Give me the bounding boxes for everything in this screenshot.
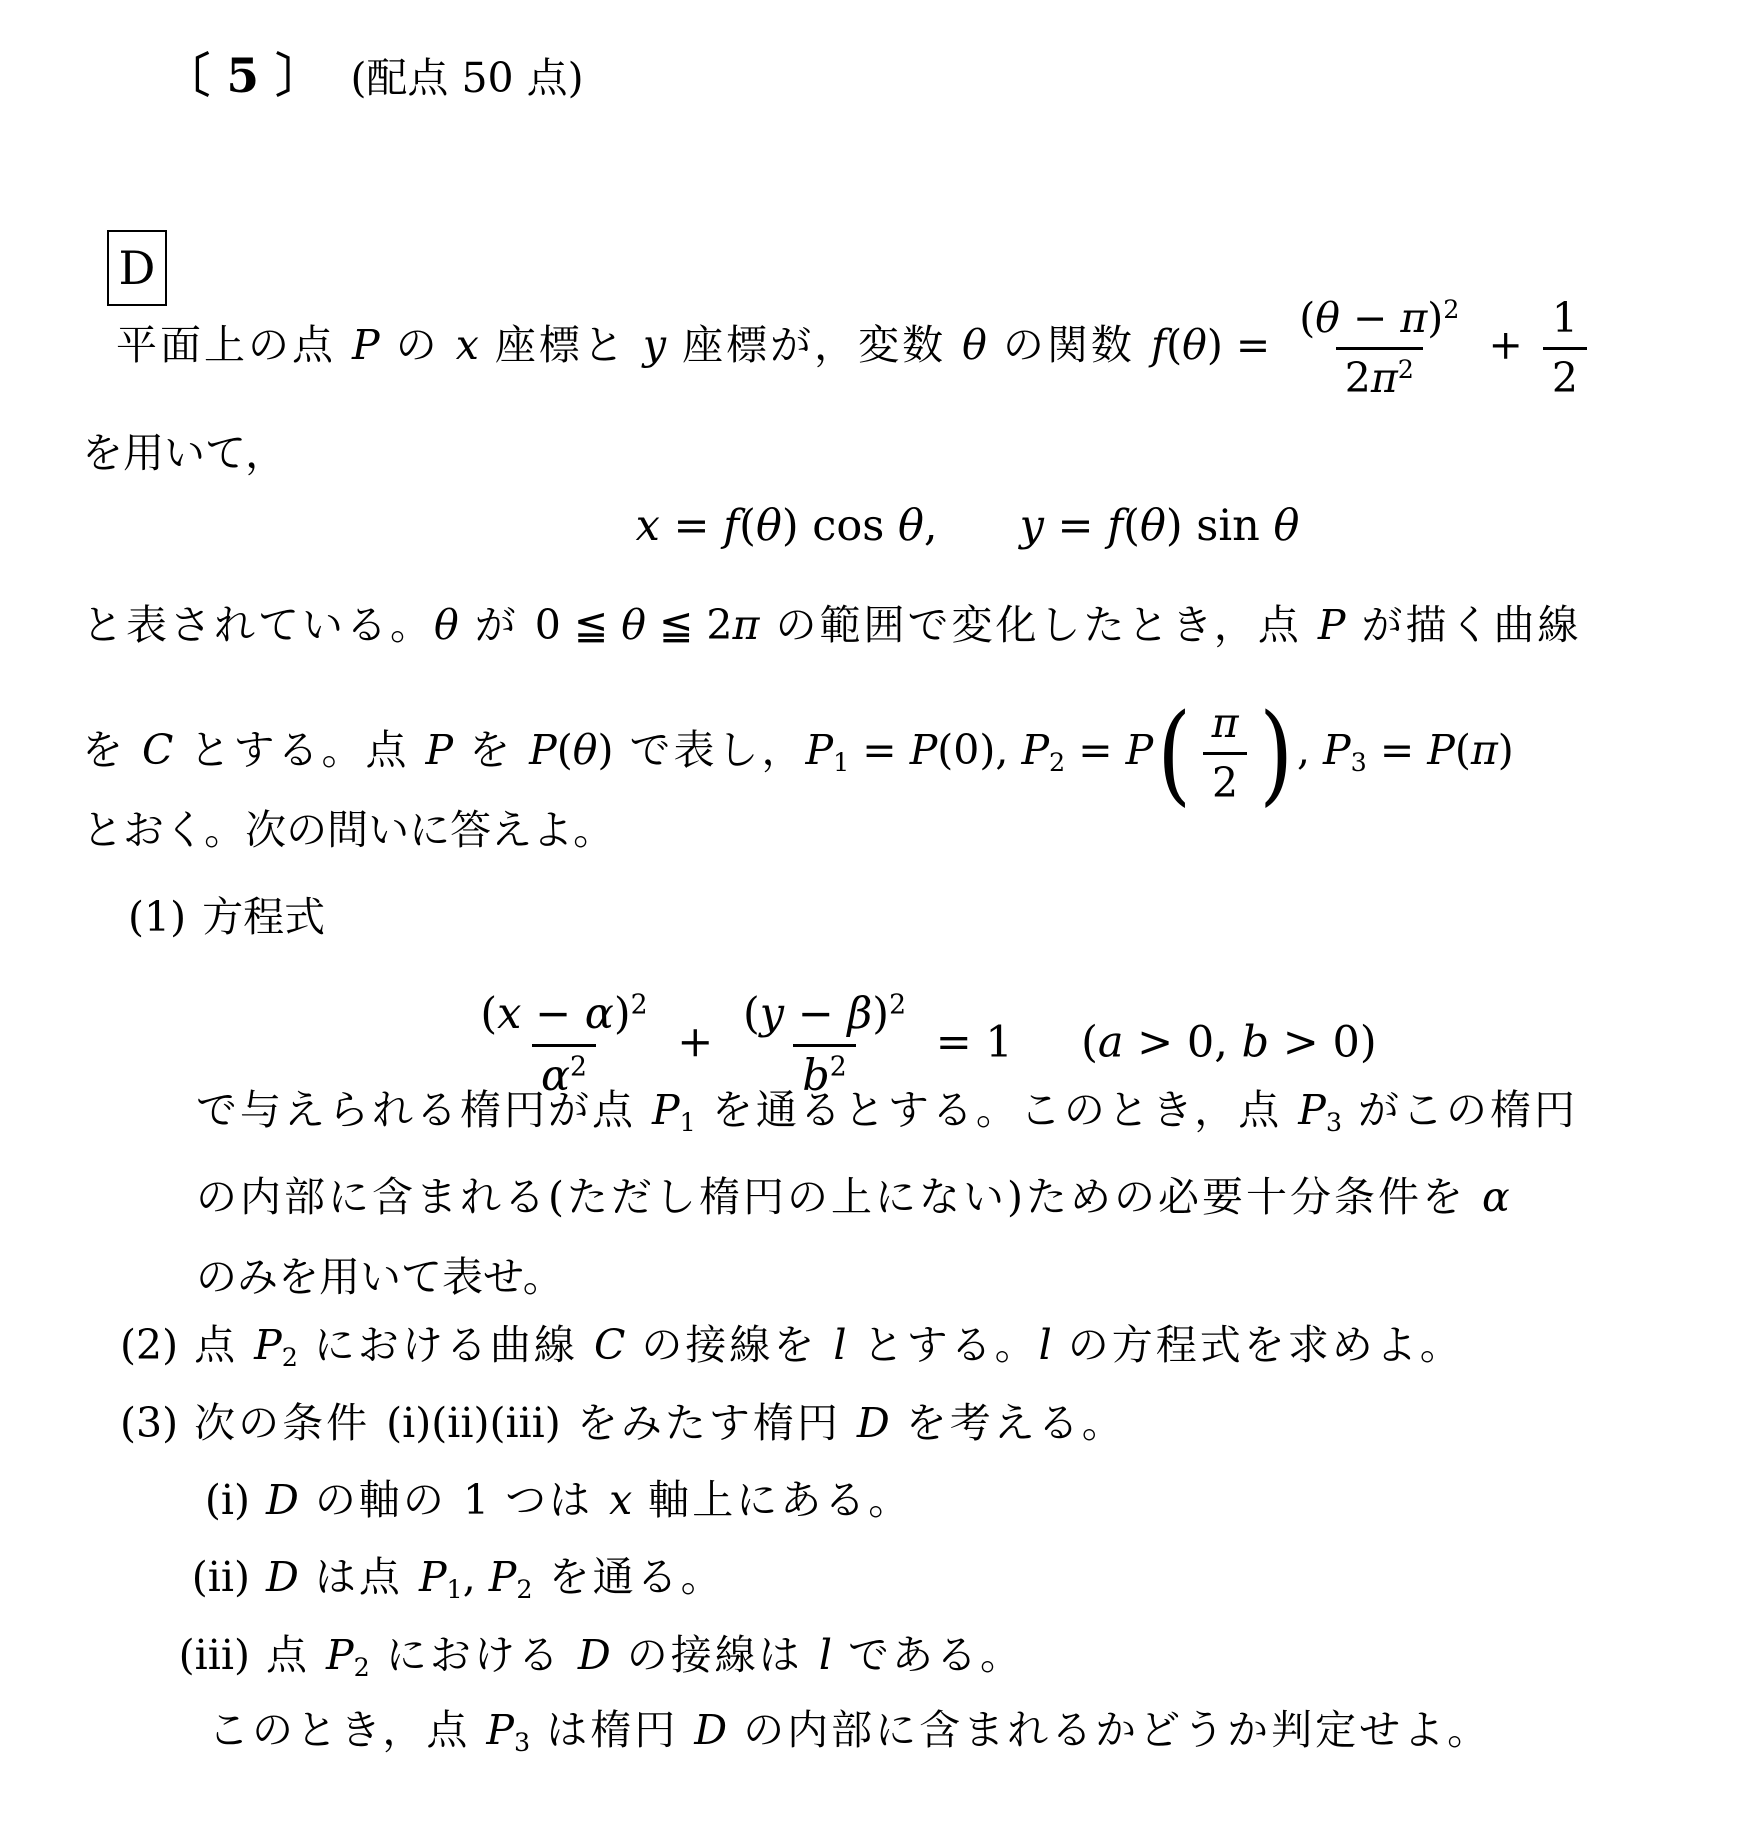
math-var: P bbox=[652, 1086, 680, 1134]
math-var: θ bbox=[434, 601, 459, 649]
math-roman: ) cos bbox=[782, 501, 898, 551]
fraction: (θ − π)22π2 bbox=[1290, 295, 1468, 402]
math-var: b bbox=[1242, 1018, 1270, 1068]
q3-item-iii: (iii)点 P2 における D の接線は l である。 bbox=[0, 1630, 1024, 1681]
points-note: (配点 50 点) bbox=[350, 54, 583, 102]
text-run: の関数 bbox=[987, 321, 1151, 369]
text-run: 次の条件 bbox=[194, 1399, 386, 1447]
math-roman: ( bbox=[557, 726, 573, 774]
math-var: D bbox=[578, 1631, 611, 1679]
superscript: 2 bbox=[1443, 294, 1459, 324]
text-run: の接線は bbox=[611, 1631, 819, 1679]
math-var: D bbox=[857, 1399, 890, 1447]
numerator: (y − β)2 bbox=[734, 990, 915, 1044]
math-roman: − bbox=[784, 989, 847, 1039]
superscript: 2 bbox=[889, 989, 906, 1020]
math-var: P bbox=[1318, 601, 1346, 649]
math-roman: 0 ≦ bbox=[535, 601, 622, 649]
text-run: を通るとする。このとき，点 bbox=[696, 1086, 1298, 1134]
fraction: π2 bbox=[1203, 700, 1248, 807]
q3-item-iii-text: 点 P2 における D の接線は l である。 bbox=[266, 1631, 1024, 1679]
subscript: 3 bbox=[1326, 1107, 1342, 1137]
q3-item-ii-label: (ii) bbox=[0, 1552, 250, 1603]
math-var: θ bbox=[962, 321, 987, 369]
text-run: の方程式を求めよ。 bbox=[1052, 1321, 1464, 1369]
subscript: 1 bbox=[833, 747, 849, 777]
math-var: f bbox=[1151, 321, 1166, 369]
text-run: 座標と bbox=[479, 321, 643, 369]
math-roman: ( bbox=[480, 989, 497, 1039]
math-var: P bbox=[426, 726, 454, 774]
math-roman: ) bbox=[614, 989, 631, 1039]
text-run: 座標が，変数 bbox=[666, 321, 962, 369]
math-roman: + bbox=[664, 1018, 727, 1068]
math-var: P bbox=[529, 726, 557, 774]
numerator: (θ − π)2 bbox=[1290, 295, 1468, 347]
math-roman: (0), bbox=[937, 726, 1021, 774]
text-run: このとき，点 bbox=[208, 1706, 486, 1754]
q1-body-line-3: のみを用いて表せ。 bbox=[196, 1252, 564, 1303]
math-roman: ) = bbox=[1207, 321, 1283, 369]
text-run: の軸の bbox=[299, 1476, 463, 1524]
subscript: 2 bbox=[1049, 747, 1065, 777]
subscript: 3 bbox=[514, 1727, 530, 1757]
superscript: 2 bbox=[631, 989, 648, 1020]
text-run: は点 bbox=[299, 1553, 419, 1601]
math-var: D bbox=[694, 1706, 727, 1754]
text-run: の bbox=[380, 321, 456, 369]
text-run: つは bbox=[489, 1476, 609, 1524]
math-var: l bbox=[819, 1631, 832, 1679]
math-var: D bbox=[266, 1476, 299, 1524]
subscript: 2 bbox=[282, 1342, 298, 1372]
math-var: x bbox=[609, 1476, 632, 1524]
math-var: α bbox=[1482, 1173, 1510, 1221]
math-var: P bbox=[910, 726, 938, 774]
math-var: l bbox=[833, 1321, 846, 1369]
math-roman: > 0) bbox=[1269, 1018, 1377, 1068]
text-run: と表されている。 bbox=[82, 601, 434, 649]
text-run: の接線を bbox=[625, 1321, 833, 1369]
math-var: a bbox=[1098, 1018, 1124, 1068]
text-run: を bbox=[82, 726, 142, 774]
math-roman: ) bbox=[597, 726, 613, 774]
math-roman: + bbox=[1475, 321, 1535, 369]
math-roman: (i)(ii)(iii) bbox=[386, 1399, 561, 1447]
superscript: 2 bbox=[570, 1051, 587, 1082]
math-roman: ) bbox=[1427, 294, 1443, 342]
math-roman: ( bbox=[1123, 501, 1140, 551]
math-roman: ( bbox=[743, 989, 760, 1039]
math-roman: − bbox=[521, 989, 584, 1039]
numerator: (x − α)2 bbox=[471, 990, 656, 1044]
math-var: θ bbox=[898, 501, 924, 551]
superscript: 2 bbox=[1398, 354, 1414, 384]
math-roman: , bbox=[463, 1553, 489, 1601]
math-var: θ bbox=[1273, 501, 1299, 551]
math-roman: , bbox=[1297, 726, 1323, 774]
fraction: 12 bbox=[1543, 295, 1587, 402]
text-run: が描く曲線 bbox=[1345, 601, 1581, 649]
math-roman: ) bbox=[1498, 726, 1514, 774]
text-run: である。 bbox=[832, 1631, 1024, 1679]
text-run: のみを用いて表せ。 bbox=[196, 1253, 564, 1301]
math-var: P bbox=[352, 321, 380, 369]
math-var: π bbox=[1471, 726, 1498, 774]
math-roman: = bbox=[1367, 726, 1427, 774]
math-var: P bbox=[486, 1706, 514, 1754]
math-roman: = 1 ( bbox=[922, 1018, 1098, 1068]
intro-line-3: と表されている。θ が 0 ≦ θ ≦ 2π の範囲で変化したとき，点 P が描… bbox=[82, 600, 1582, 651]
denominator: 2π2 bbox=[1336, 347, 1423, 402]
text-run: とする。点 bbox=[173, 726, 425, 774]
display-equation-1: x = f(θ) cos θ, y = f(θ) sin θ bbox=[90, 500, 1755, 554]
math-var: x bbox=[636, 501, 660, 551]
text-run: における曲線 bbox=[298, 1321, 594, 1369]
math-roman: = bbox=[849, 726, 909, 774]
math-var: π bbox=[1212, 699, 1239, 747]
q1-body-line-1: で与えられる楕円が点 P1 を通るとする。このとき，点 P3 がこの楕円 bbox=[196, 1085, 1578, 1136]
math-var: y bbox=[760, 989, 784, 1039]
math-roman: = bbox=[1044, 501, 1107, 551]
q3-item-i-label: (i) bbox=[0, 1475, 250, 1526]
math-var: P bbox=[1126, 726, 1154, 774]
math-roman: ( bbox=[1299, 294, 1315, 342]
text-run: で与えられる楕円が点 bbox=[196, 1086, 652, 1134]
paren-group: (π2) bbox=[1153, 700, 1297, 807]
math-var: θ bbox=[1140, 501, 1166, 551]
paren-content: π2 bbox=[1196, 700, 1255, 807]
text-run: の範囲で変化したとき，点 bbox=[759, 601, 1317, 649]
q3-label: (3) bbox=[120, 1399, 178, 1447]
math-var: P bbox=[1427, 726, 1455, 774]
intro-line-1: 平面上の点 P の x 座標と y 座標が，変数 θ の関数 f(θ) = (θ… bbox=[116, 295, 1594, 402]
q1-label: (1) bbox=[128, 893, 186, 941]
section-box-label: D bbox=[119, 241, 156, 295]
math-roman: > 0, bbox=[1124, 1018, 1242, 1068]
q3-item-i-text: D の軸の 1 つは x 軸上にある。 bbox=[266, 1476, 912, 1524]
math-var: f bbox=[1107, 501, 1123, 551]
numerator: π bbox=[1203, 700, 1248, 752]
q3-item-i: (i)D の軸の 1 つは x 軸上にある。 bbox=[0, 1475, 912, 1526]
text-run: 軸上にある。 bbox=[632, 1476, 912, 1524]
math-var: f bbox=[723, 501, 739, 551]
math-var: θ bbox=[573, 726, 598, 774]
text-run: がこの楕円 bbox=[1342, 1086, 1578, 1134]
math-roman: ) sin bbox=[1166, 501, 1274, 551]
math-var: θ bbox=[621, 601, 646, 649]
math-var: x bbox=[497, 989, 521, 1039]
text-run: を考える。 bbox=[890, 1399, 1126, 1447]
math-var: P bbox=[1298, 1086, 1326, 1134]
q2-text: 点 P2 における曲線 C の接線を l とする。l の方程式を求めよ。 bbox=[194, 1321, 1464, 1369]
math-var: π bbox=[1400, 294, 1427, 342]
subscript: 3 bbox=[1351, 747, 1367, 777]
superscript: 2 bbox=[830, 1051, 847, 1082]
q3-item-iii-label: (iii) bbox=[0, 1630, 250, 1681]
text-run: 方程式 bbox=[202, 893, 325, 941]
page-header: 〔 5 〕(配点 50 点) bbox=[163, 48, 584, 107]
math-var: θ bbox=[1182, 321, 1207, 369]
intro-line-5: とおく。次の問いに答えよ。 bbox=[82, 805, 614, 856]
exam-page: 〔 5 〕(配点 50 点) D 平面上の点 P の x 座標と y 座標が，変… bbox=[0, 0, 1755, 1836]
math-roman: , bbox=[924, 501, 1020, 551]
math-roman: = bbox=[1065, 726, 1125, 774]
numerator: 1 bbox=[1543, 295, 1587, 347]
q3-line: (3)次の条件 (i)(ii)(iii) をみたす楕円 D を考える。 bbox=[120, 1398, 1126, 1449]
denominator: 2 bbox=[1203, 752, 1247, 807]
math-var: P bbox=[419, 1553, 447, 1601]
subscript: 1 bbox=[680, 1107, 696, 1137]
text-run: の内部に含まれるかどうか判定せよ。 bbox=[727, 1706, 1491, 1754]
q2-label: (2) bbox=[120, 1321, 178, 1369]
math-roman: ( bbox=[1166, 321, 1182, 369]
text-run: を通る。 bbox=[533, 1553, 725, 1601]
math-var: π bbox=[732, 601, 759, 649]
q2-line: (2)点 P2 における曲線 C の接線を l とする。l の方程式を求めよ。 bbox=[120, 1320, 1464, 1371]
math-var: C bbox=[142, 726, 173, 774]
math-roman: − bbox=[1340, 294, 1400, 342]
q3-item-ii-text: D は点 P1, P2 を通る。 bbox=[266, 1553, 725, 1601]
math-var: P bbox=[806, 726, 834, 774]
q1-body-line-2: の内部に含まれる(ただし楕円の上にない)ための必要十分条件を α bbox=[196, 1172, 1510, 1223]
math-var: P bbox=[326, 1631, 354, 1679]
text-run: における bbox=[370, 1631, 578, 1679]
math-roman: ( bbox=[739, 501, 756, 551]
text-run: の内部に含まれる(ただし楕円の上にない)ための必要十分条件を bbox=[196, 1173, 1482, 1221]
q3-item-ii: (ii)D は点 P1, P2 を通る。 bbox=[0, 1552, 725, 1603]
math-roman: 2 bbox=[1345, 354, 1371, 402]
math-var: θ bbox=[1315, 294, 1340, 342]
math-var: θ bbox=[756, 501, 782, 551]
math-var: P bbox=[489, 1553, 517, 1601]
text-run: を bbox=[453, 726, 529, 774]
math-roman: ( bbox=[1455, 726, 1471, 774]
q3-text: 次の条件 (i)(ii)(iii) をみたす楕円 D を考える。 bbox=[194, 1399, 1126, 1447]
intro-line-4: を C とする。点 P を P(θ) で表し，P1 = P(0), P2 = P… bbox=[82, 700, 1514, 807]
math-var: C bbox=[594, 1321, 625, 1369]
math-var: β bbox=[847, 989, 872, 1039]
math-var: y bbox=[1020, 501, 1044, 551]
subscript: 1 bbox=[447, 1574, 463, 1604]
math-var: α bbox=[585, 989, 614, 1039]
text-run: 点 bbox=[266, 1631, 326, 1679]
math-var: P bbox=[1021, 726, 1049, 774]
math-var: y bbox=[643, 321, 666, 369]
math-var: x bbox=[456, 321, 479, 369]
text-run: を用いて， bbox=[82, 429, 286, 477]
math-roman: ≦ 2 bbox=[646, 601, 733, 649]
math-var: D bbox=[266, 1553, 299, 1601]
text-run: とする。 bbox=[847, 1321, 1039, 1369]
text-run: 平面上の点 bbox=[116, 321, 352, 369]
math-var: π bbox=[1371, 354, 1398, 402]
q3-conclusion: このとき，点 P3 は楕円 D の内部に含まれるかどうか判定せよ。 bbox=[208, 1705, 1491, 1756]
text-run: が bbox=[459, 601, 535, 649]
math-roman: 1 bbox=[1552, 294, 1578, 342]
denominator: 2 bbox=[1543, 347, 1587, 402]
text-run: 点 bbox=[194, 1321, 254, 1369]
math-roman: 2 bbox=[1212, 759, 1238, 807]
math-var: l bbox=[1039, 1321, 1052, 1369]
q1-title: 方程式 bbox=[202, 893, 325, 941]
math-roman: = bbox=[660, 501, 723, 551]
text-run: とおく。次の問いに答えよ。 bbox=[82, 806, 614, 854]
text-run: をみたす楕円 bbox=[561, 1399, 857, 1447]
subscript: 2 bbox=[354, 1652, 370, 1682]
subscript: 2 bbox=[516, 1574, 532, 1604]
intro-line-2: を用いて， bbox=[82, 428, 286, 479]
math-var: P bbox=[254, 1321, 282, 1369]
math-roman: 1 bbox=[463, 1476, 489, 1524]
q1-heading: (1)方程式 bbox=[128, 892, 325, 943]
text-run: は楕円 bbox=[530, 1706, 694, 1754]
problem-number: 〔 5 〕 bbox=[163, 49, 322, 104]
math-roman: ) bbox=[872, 989, 889, 1039]
math-var: P bbox=[1323, 726, 1351, 774]
math-roman: 2 bbox=[1552, 354, 1578, 402]
text-run: で表し， bbox=[613, 726, 805, 774]
